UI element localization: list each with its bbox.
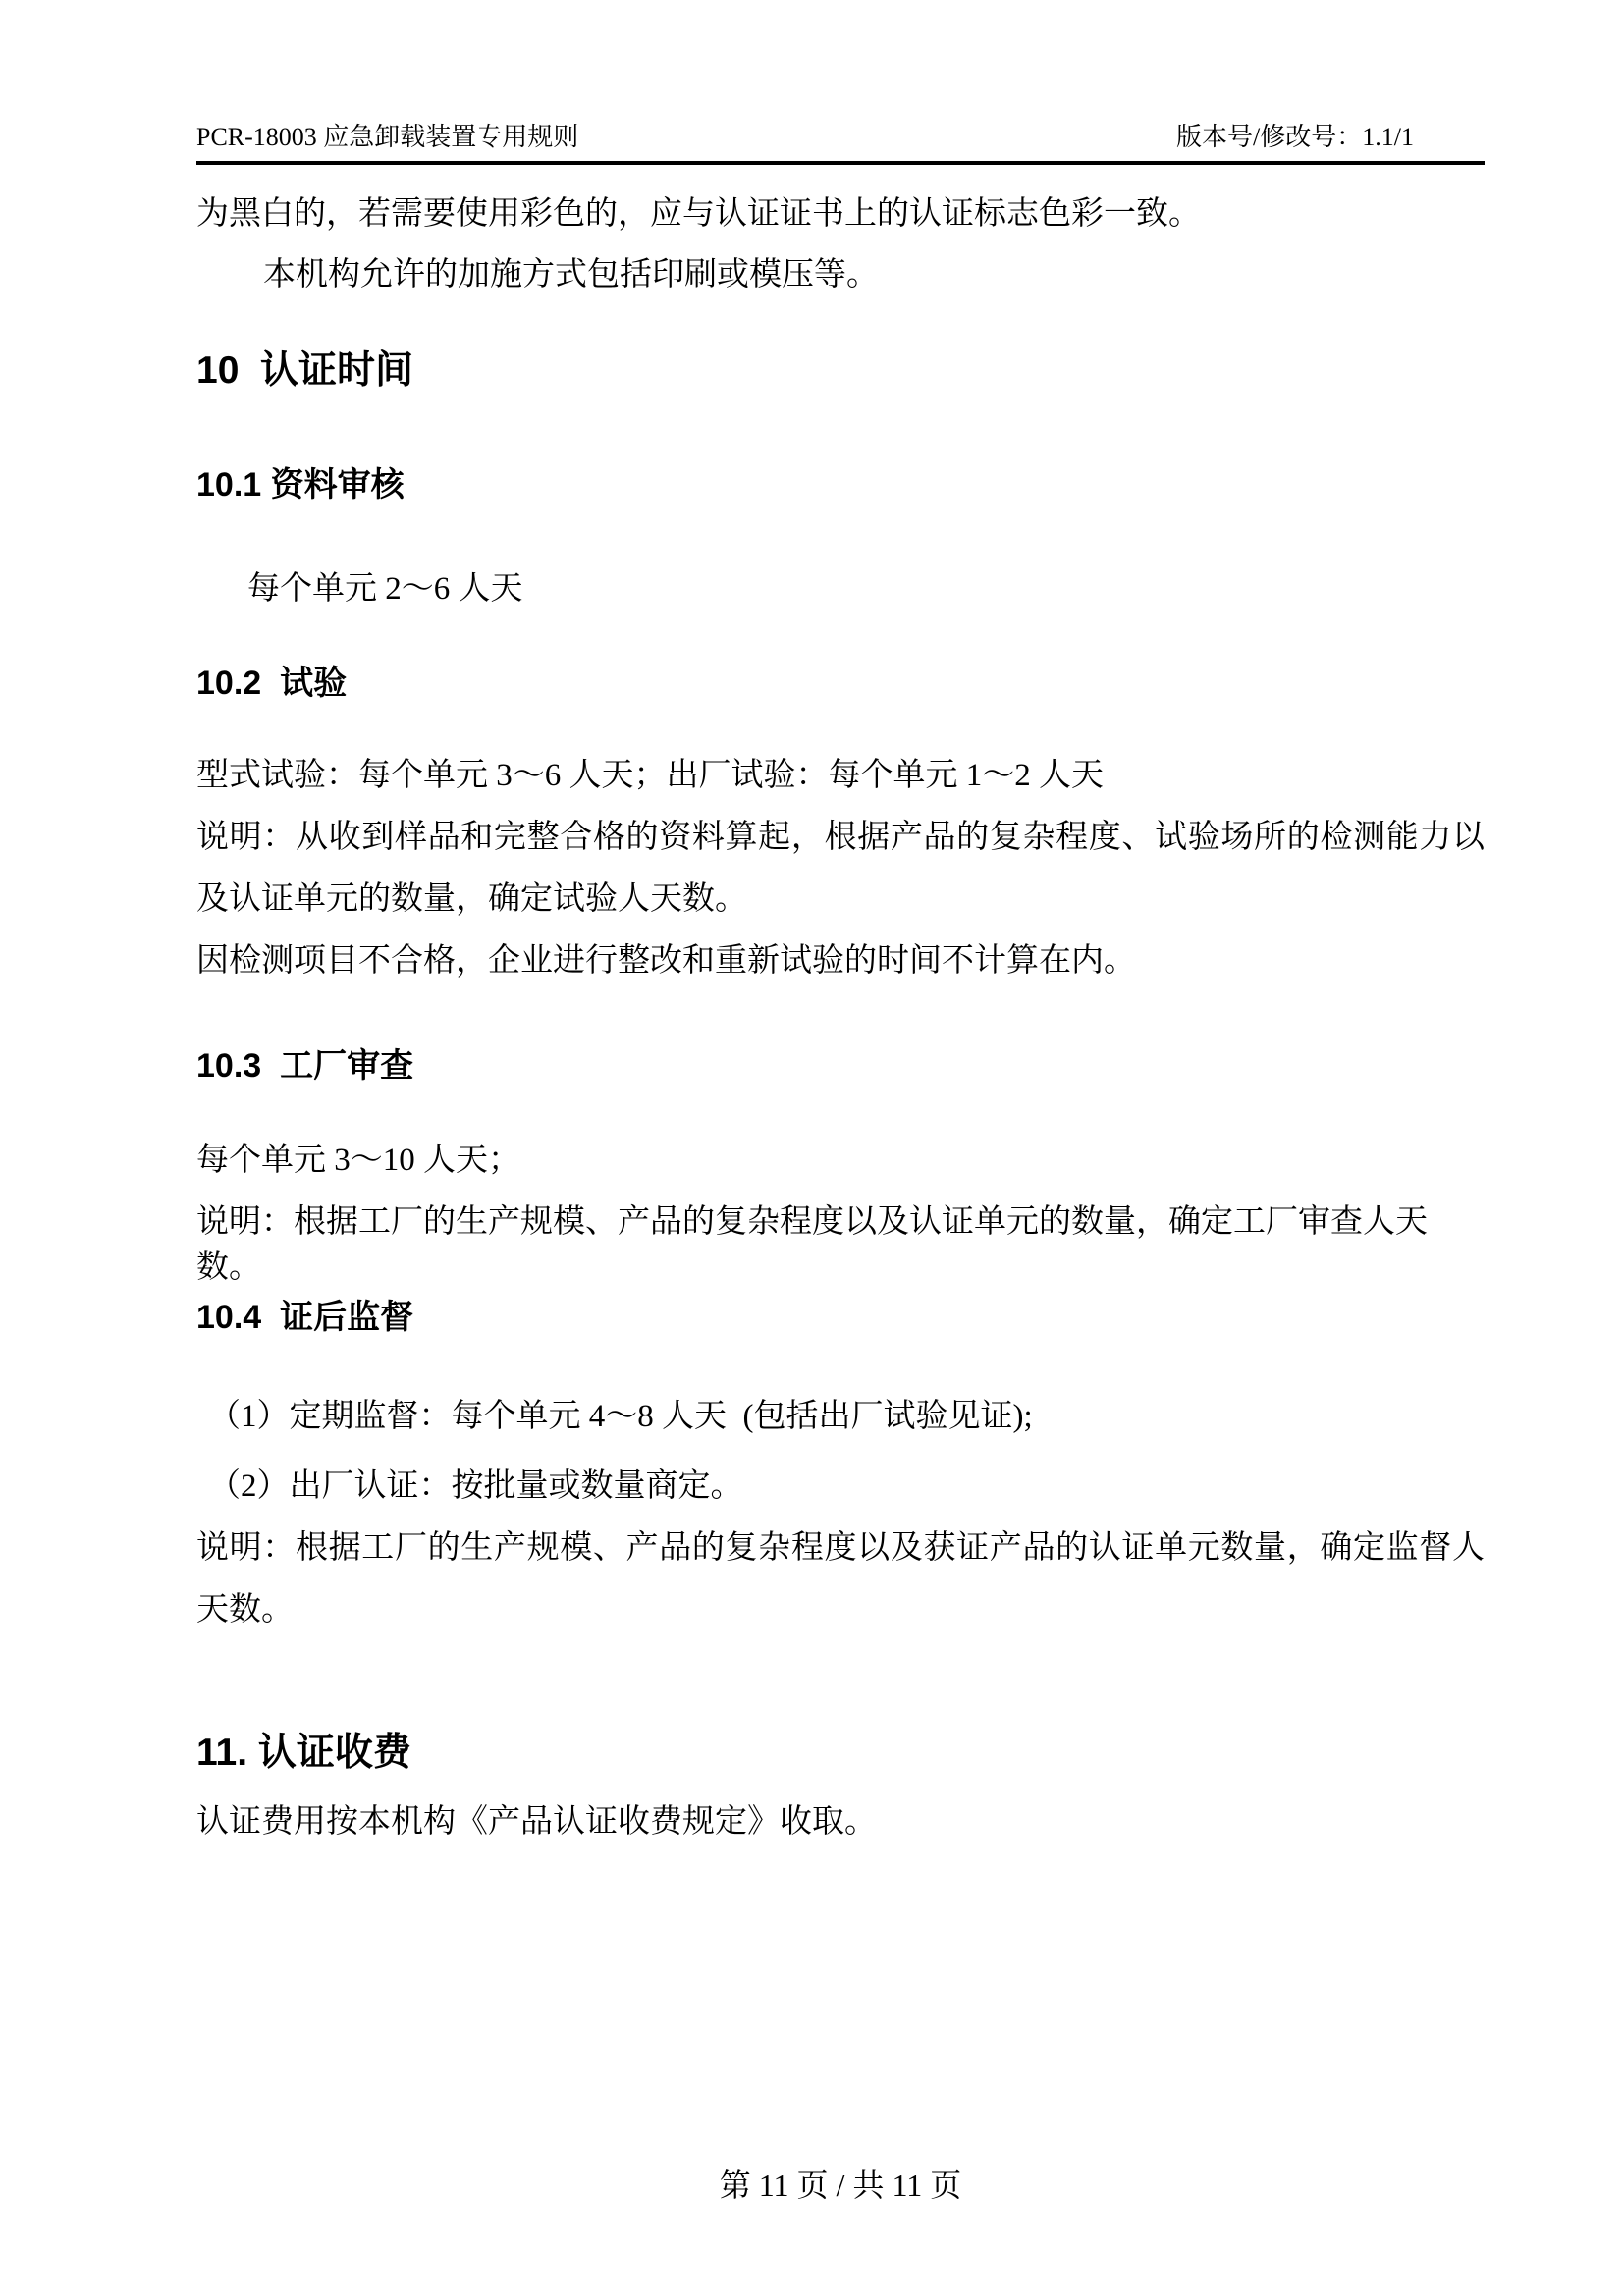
- paragraph-line: （1）定期监督：每个单元 4～8 人天 (包括出厂试验见证);: [196, 1394, 1485, 1439]
- paragraph-line: 说明：从收到样品和完整合格的资料算起，根据产品的复杂程度、试验场所的检测能力以: [196, 815, 1485, 860]
- paragraph-line: 本机构允许的加施方式包括印刷或模压等。: [196, 252, 1485, 297]
- section-10-2-heading: 10.2 试验: [196, 660, 1485, 707]
- paragraph-line: 天数。: [196, 1587, 1485, 1632]
- paragraph-line: 每个单元 3～10 人天；: [196, 1138, 1485, 1183]
- paragraph-line: 认证费用按本机构《产品认证收费规定》收取。: [196, 1799, 1485, 1844]
- section-10-4-heading: 10.4 证后监督: [196, 1294, 1485, 1341]
- paragraph-line: 及认证单元的数量，确定试验人天数。: [196, 877, 1485, 922]
- paragraph-line: 型式试验：每个单元 3～6 人天；出厂试验：每个单元 1～2 人天: [196, 753, 1485, 798]
- section-10-1-heading: 10.1 资料审核: [196, 461, 1485, 508]
- section-10-3-heading: 10.3 工厂审查: [196, 1042, 1485, 1090]
- paragraph-line: 每个单元 2～6 人天: [196, 566, 1485, 612]
- footer-page-indicator: 第 11 页 / 共 11 页: [196, 2163, 1485, 2207]
- paragraph-line: 说明：根据工厂的生产规模、产品的复杂程度以及获证产品的认证单元数量，确定监督人: [196, 1525, 1485, 1571]
- paragraph-line: （2）出厂认证：按批量或数量商定。: [196, 1464, 1485, 1509]
- header-version-label: 版本号/修改号：1.1/1: [1176, 120, 1414, 155]
- paragraph-line: 为黑白的，若需要使用彩色的，应与认证证书上的认证标志色彩一致。: [196, 191, 1485, 237]
- document-page: PCR-18003 应急卸载装置专用规则 版本号/修改号：1.1/1 为黑白的，…: [0, 0, 1624, 2296]
- paragraph-line: 说明：根据工厂的生产规模、产品的复杂程度以及认证单元的数量，确定工厂审查人天数。: [196, 1200, 1485, 1290]
- section-10-heading: 10 认证时间: [196, 345, 1485, 398]
- header-divider: [196, 161, 1485, 165]
- paragraph-line: 因检测项目不合格，企业进行整改和重新试验的时间不计算在内。: [196, 938, 1485, 984]
- section-11-heading: 11. 认证收费: [196, 1727, 1485, 1780]
